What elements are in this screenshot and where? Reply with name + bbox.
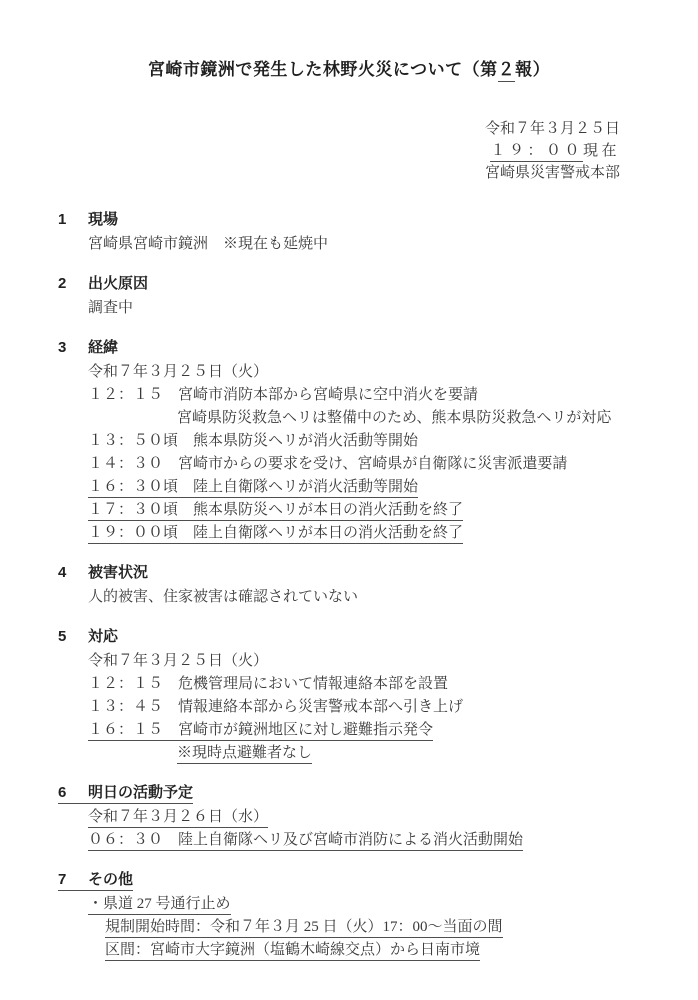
page-title-pre: 宮崎市鏡洲で発生した林野火災について（第 (148, 60, 498, 79)
section-title: 被害状況 (88, 564, 148, 581)
document-line: １６：３０頃 陸上自衛隊ヘリが消火活動等開始 (88, 476, 698, 499)
page-title-post: 報） (515, 60, 550, 79)
document-line: 宮崎県宮崎市鏡洲 ※現在も延焼中 (88, 233, 698, 256)
document-line: 令和７年３月２６日（水） (88, 806, 698, 829)
document-line: 調査中 (88, 297, 698, 320)
document-line: ・県道 27 号通行止め (88, 893, 698, 916)
line-text: 令和７年３月２５日（火） (88, 653, 268, 669)
section-7: 7その他・県道 27 号通行止め規制開始時間：令和７年３月 25 日（火）17：… (58, 866, 698, 962)
section-heading-text: 1現場 (58, 211, 118, 228)
section-heading-text: 5対応 (58, 628, 118, 645)
document-line: １２：１５ 危機管理局において情報連絡本部を設置 (88, 673, 698, 696)
line-text: 調査中 (88, 300, 133, 316)
section-number: 2 (58, 270, 88, 297)
section-number: 6 (58, 779, 88, 806)
document-line: １２：１５ 宮崎市消防本部から宮崎県に空中消火を要請 (88, 384, 698, 407)
page-title: 宮崎市鏡洲で発生した林野火災について（第２報） (0, 58, 698, 82)
section-heading: 1現場 (58, 206, 698, 233)
section-number: 1 (58, 206, 88, 233)
line-text: １２：１５ 危機管理局において情報連絡本部を設置 (88, 676, 448, 692)
document-line: １４：３０ 宮崎市からの要求を受け、宮崎県が自衛隊に災害派遣要請 (88, 453, 698, 476)
line-text: １７：３０頃 熊本県防災ヘリが本日の消火活動を終了 (88, 502, 463, 521)
line-text: １３：５０頃 熊本県防災ヘリが消火活動等開始 (88, 433, 418, 449)
line-text: ・県道 27 号通行止め (88, 896, 231, 915)
document-line: １７：３０頃 熊本県防災ヘリが本日の消火活動を終了 (88, 499, 698, 522)
line-text: 人的被害、住家被害は確認されていない (88, 589, 358, 605)
section-number: 7 (58, 866, 88, 893)
section-number: 3 (58, 334, 88, 361)
document-line: 令和７年３月２５日（火） (88, 361, 698, 384)
document-page: 宮崎市鏡洲で発生した林野火災について（第２報） 令和７年３月２５日 １９：００現… (0, 0, 698, 962)
section-heading: 5対応 (58, 623, 698, 650)
line-text: １６：１５ 宮崎市が鏡洲地区に対し避難指示発令 (88, 722, 433, 741)
meta-time-suffix: 現在 (583, 143, 620, 159)
section-heading: 2出火原因 (58, 270, 698, 297)
line-text: 宮崎県防災救急ヘリは整備中のため、熊本県防災救急ヘリが対応 (177, 410, 611, 426)
meta-organization: 宮崎県災害警戒本部 (0, 162, 620, 184)
section-heading: 7その他 (58, 866, 698, 893)
meta-time-line: １９：００現在 (0, 140, 620, 162)
section-heading: 4被害状況 (58, 559, 698, 586)
line-text: １２：１５ 宮崎市消防本部から宮崎県に空中消火を要請 (88, 387, 478, 403)
section-heading-text: 2出火原因 (58, 275, 148, 292)
section-title: 現場 (88, 211, 118, 228)
document-line: 区間：宮崎市大字鏡洲（塩鶴木崎線交点）から日南市境 (88, 939, 698, 962)
meta-time: １９：００ (490, 143, 583, 162)
section-title: その他 (88, 871, 133, 888)
document-line: 令和７年３月２５日（火） (88, 650, 698, 673)
document-line: １９：００頃 陸上自衛隊ヘリが本日の消火活動を終了 (88, 522, 698, 545)
line-text: 規制開始時間：令和７年３月 25 日（火）17：00～当面の間 (105, 919, 503, 938)
line-text: １３：４５ 情報連絡本部から災害警戒本部へ引き上げ (88, 699, 463, 715)
document-line: 人的被害、住家被害は確認されていない (88, 586, 698, 609)
line-text: １６：３０頃 陸上自衛隊ヘリが消火活動等開始 (88, 479, 418, 498)
section-heading-text: 7その他 (58, 871, 133, 891)
section-5: 5対応令和７年３月２５日（火）１２：１５ 危機管理局において情報連絡本部を設置１… (58, 623, 698, 765)
section-4: 4被害状況人的被害、住家被害は確認されていない (58, 559, 698, 609)
document-line: １３：５０頃 熊本県防災ヘリが消火活動等開始 (88, 430, 698, 453)
section-number: 5 (58, 623, 88, 650)
section-title: 経緯 (88, 339, 118, 356)
document-line: ※現時点避難者なし (88, 742, 698, 765)
meta-block: 令和７年３月２５日 １９：００現在 宮崎県災害警戒本部 (0, 118, 620, 184)
section-heading-text: 3経緯 (58, 339, 118, 356)
line-text: ※現時点避難者なし (177, 745, 312, 764)
section-heading-text: 4被害状況 (58, 564, 148, 581)
section-heading: 6明日の活動予定 (58, 779, 698, 806)
section-3: 3経緯令和７年３月２５日（火）１２：１５ 宮崎市消防本部から宮崎県に空中消火を要… (58, 334, 698, 545)
document-line: １３：４５ 情報連絡本部から災害警戒本部へ引き上げ (88, 696, 698, 719)
section-heading: 3経緯 (58, 334, 698, 361)
section-title: 対応 (88, 628, 118, 645)
section-title: 明日の活動予定 (88, 784, 193, 801)
line-text: １４：３０ 宮崎市からの要求を受け、宮崎県が自衛隊に災害派遣要請 (88, 456, 567, 472)
section-6: 6明日の活動予定令和７年３月２６日（水）０６：３０ 陸上自衛隊ヘリ及び宮崎市消防… (58, 779, 698, 852)
document-line: ０６：３０ 陸上自衛隊ヘリ及び宮崎市消防による消火活動開始 (88, 829, 698, 852)
section-2: 2出火原因調査中 (58, 270, 698, 320)
section-heading-text: 6明日の活動予定 (58, 784, 193, 804)
line-text: ０６：３０ 陸上自衛隊ヘリ及び宮崎市消防による消火活動開始 (88, 832, 523, 851)
section-title: 出火原因 (88, 275, 148, 292)
line-text: 宮崎県宮崎市鏡洲 ※現在も延焼中 (88, 236, 328, 252)
sections: 1現場宮崎県宮崎市鏡洲 ※現在も延焼中2出火原因調査中3経緯令和７年３月２５日（… (0, 206, 698, 962)
meta-date: 令和７年３月２５日 (0, 118, 620, 140)
line-text: 令和７年３月２５日（火） (88, 364, 268, 380)
section-1: 1現場宮崎県宮崎市鏡洲 ※現在も延焼中 (58, 206, 698, 256)
document-line: 宮崎県防災救急ヘリは整備中のため、熊本県防災救急ヘリが対応 (88, 407, 698, 430)
line-text: 区間：宮崎市大字鏡洲（塩鶴木崎線交点）から日南市境 (105, 942, 480, 961)
document-line: １６：１５ 宮崎市が鏡洲地区に対し避難指示発令 (88, 719, 698, 742)
section-number: 4 (58, 559, 88, 586)
line-text: 令和７年３月２６日（水） (88, 809, 268, 828)
report-number: ２ (498, 60, 516, 82)
line-text: １９：００頃 陸上自衛隊ヘリが本日の消火活動を終了 (88, 525, 463, 544)
document-line: 規制開始時間：令和７年３月 25 日（火）17：00～当面の間 (88, 916, 698, 939)
